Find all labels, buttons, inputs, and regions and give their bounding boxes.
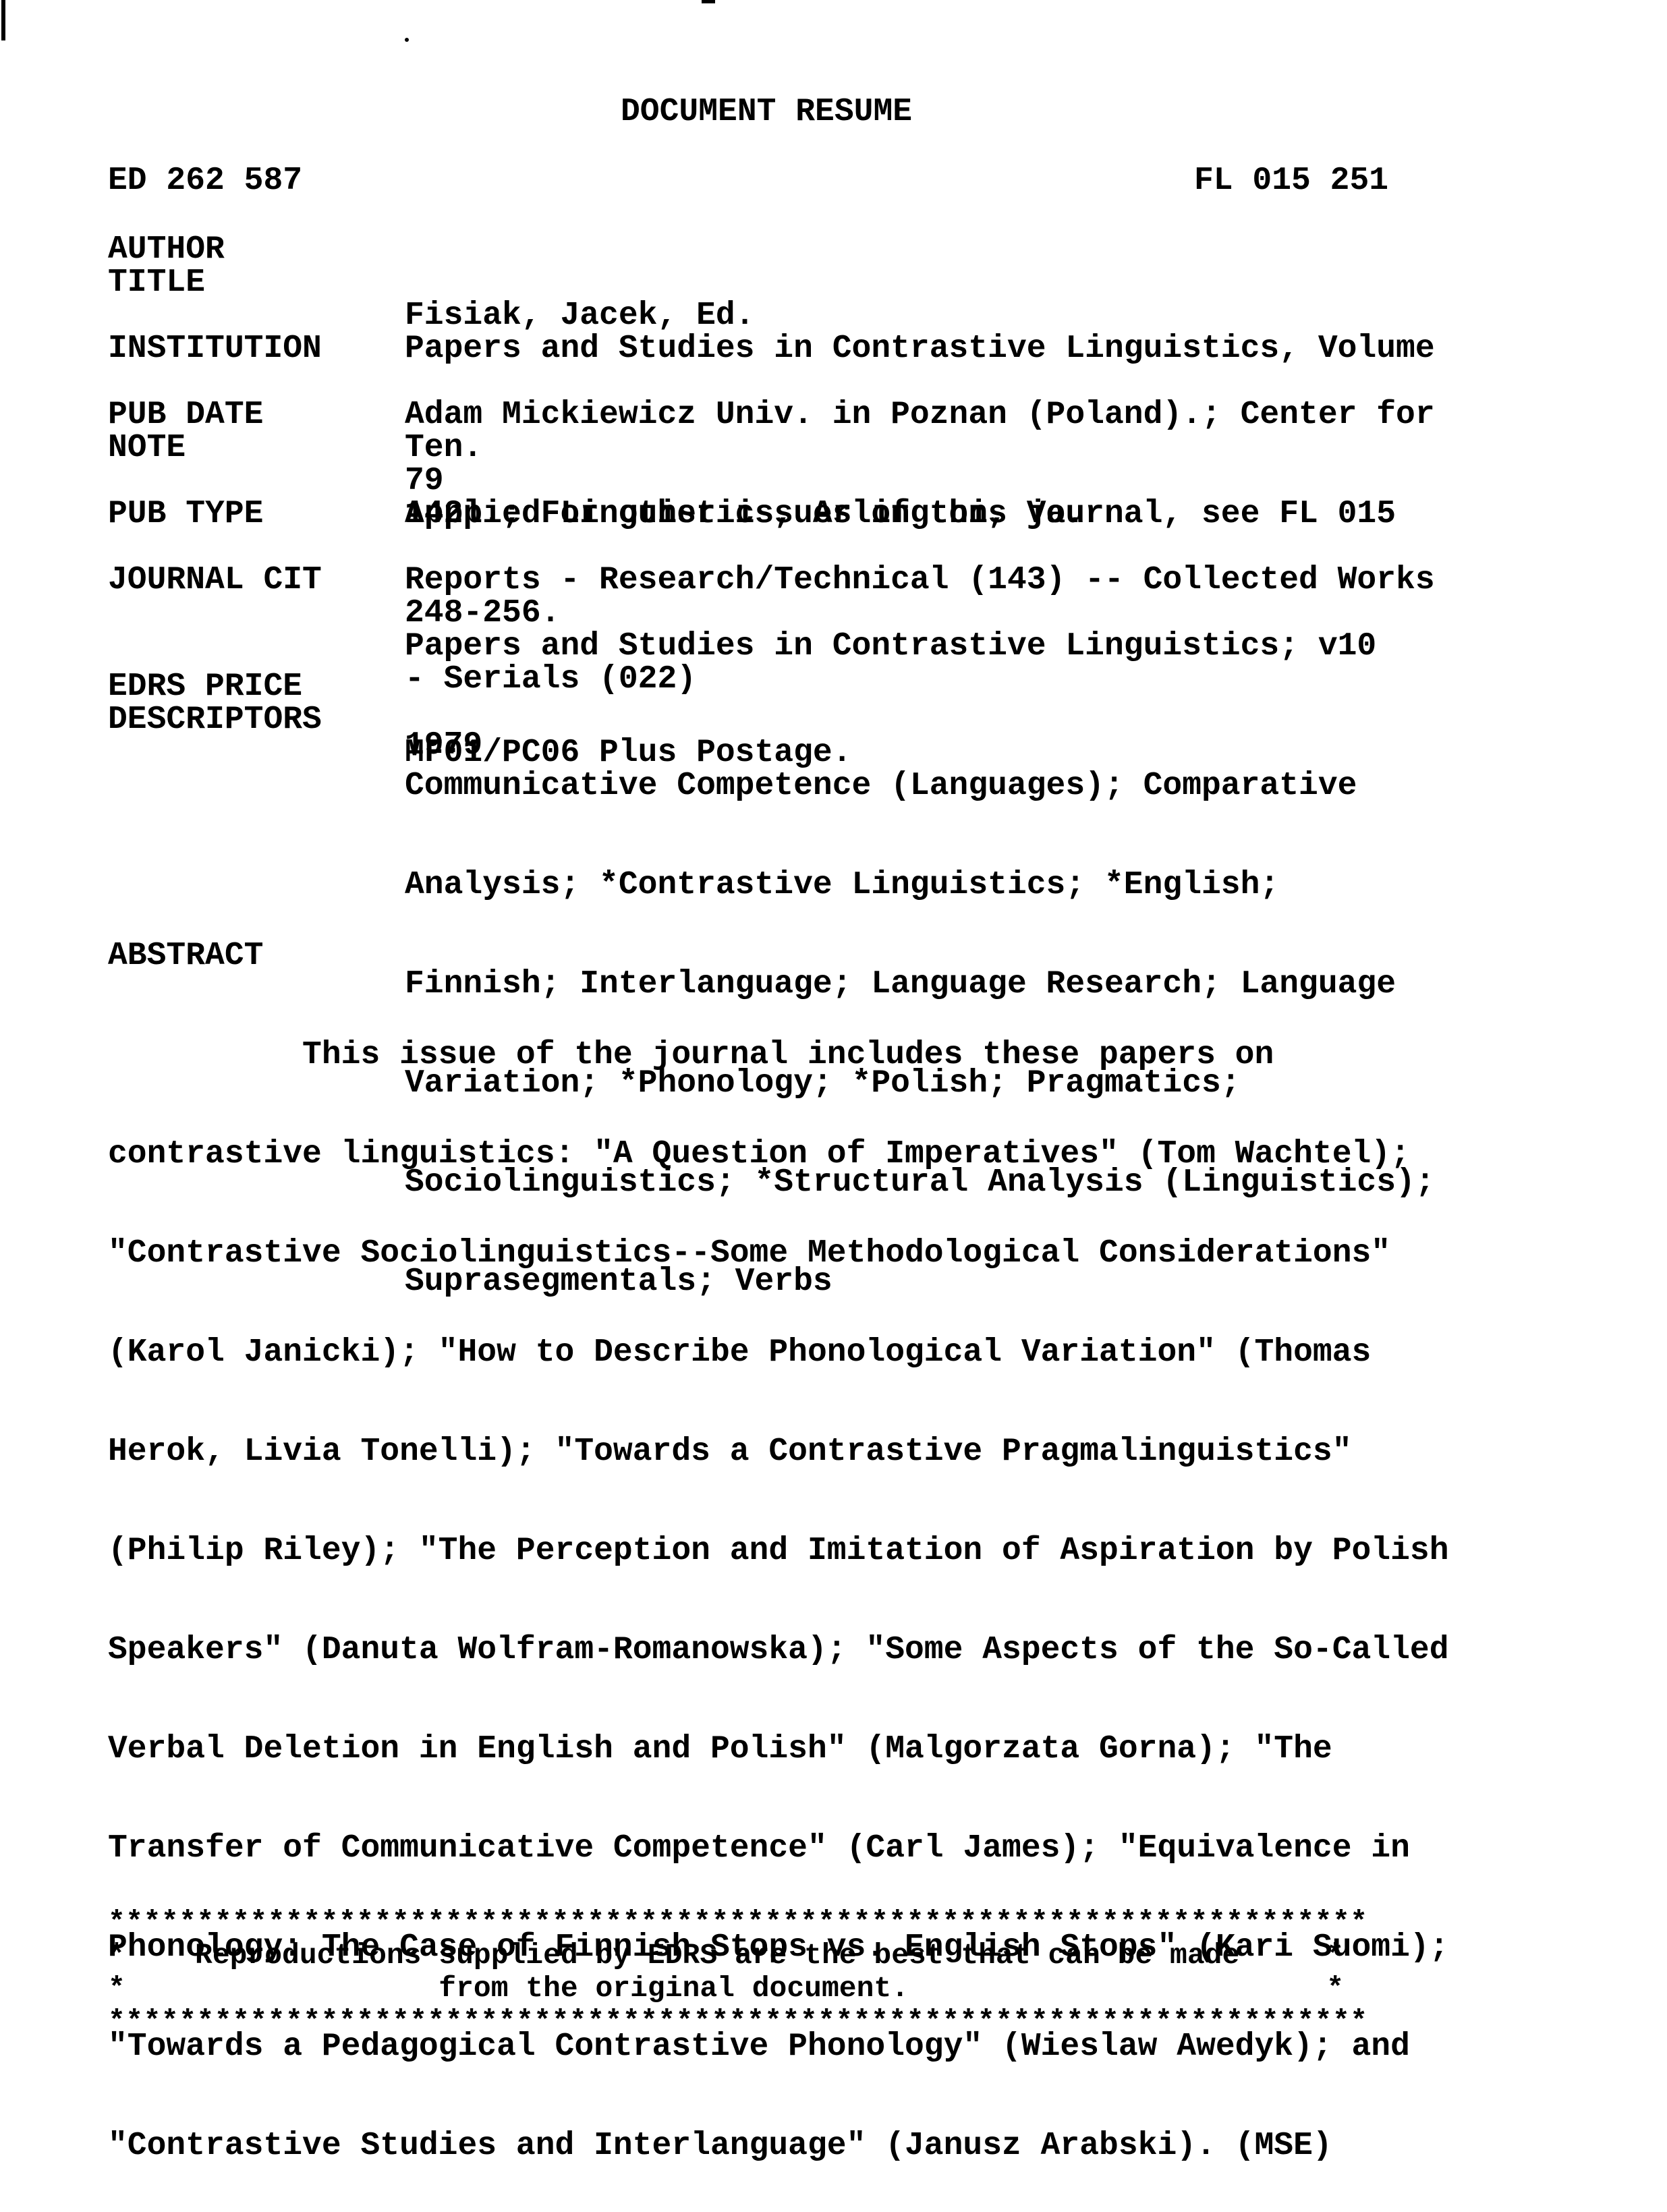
field-label: DESCRIPTORS (108, 704, 322, 737)
abstract-line: Transfer of Communicative Competence" (C… (108, 1832, 1449, 1865)
field-label: NOTE (108, 432, 186, 465)
value-line: Communicative Competence (Languages); Co… (405, 770, 1435, 803)
field-label: INSTITUTION (108, 333, 322, 366)
scan-artifact-left (1, 0, 5, 40)
notice-line-1: * Reproductions supplied by EDRS are the… (108, 1939, 1344, 1972)
field-label: PUB TYPE (108, 498, 263, 531)
abstract-line: Verbal Deletion in English and Polish" (… (108, 1733, 1449, 1766)
abstract-line: contrastive linguistics: "A Question of … (108, 1138, 1449, 1171)
value-line: Analysis; *Contrastive Linguistics; *Eng… (405, 869, 1435, 902)
value-line: Adam Mickiewicz Univ. in Poznan (Poland)… (405, 399, 1435, 432)
notice-line-2: * from the original document. * (108, 1972, 1344, 2005)
abstract-line: Speakers" (Danuta Wolfram-Romanowska); "… (108, 1634, 1449, 1667)
field-label: EDRS PRICE (108, 671, 302, 704)
scan-artifact-dot (405, 38, 409, 42)
scan-artifact-top (702, 0, 715, 3)
field-label: PUB DATE (108, 399, 263, 432)
abstract-line: "Contrastive Sociolinguistics--Some Meth… (108, 1237, 1449, 1270)
field-label: JOURNAL CIT (108, 564, 322, 597)
abstract-line: This issue of the journal includes these… (108, 1039, 1449, 1072)
fl-number: FL 015 251 (1194, 165, 1388, 198)
abstract-line: (Karol Janicki); "How to Describe Phonol… (108, 1336, 1449, 1369)
field-label: AUTHOR (108, 233, 225, 266)
abstract-line: Herok, Livia Tonelli); "Towards a Contra… (108, 1436, 1449, 1469)
abstract-line: "Contrastive Studies and Interlanguage" … (108, 2130, 1449, 2163)
notice-border-bottom: ****************************************… (108, 2005, 1368, 2038)
ed-number: ED 262 587 (108, 165, 302, 198)
field-label: TITLE (108, 266, 205, 300)
abstract-label: ABSTRACT (108, 940, 263, 973)
document-heading: DOCUMENT RESUME (621, 96, 912, 129)
abstract-line: (Philip Riley); "The Perception and Imit… (108, 1535, 1449, 1568)
value-line: Papers and Studies in Contrastive Lingui… (405, 630, 1376, 663)
notice-border-top: ****************************************… (108, 1906, 1368, 1939)
